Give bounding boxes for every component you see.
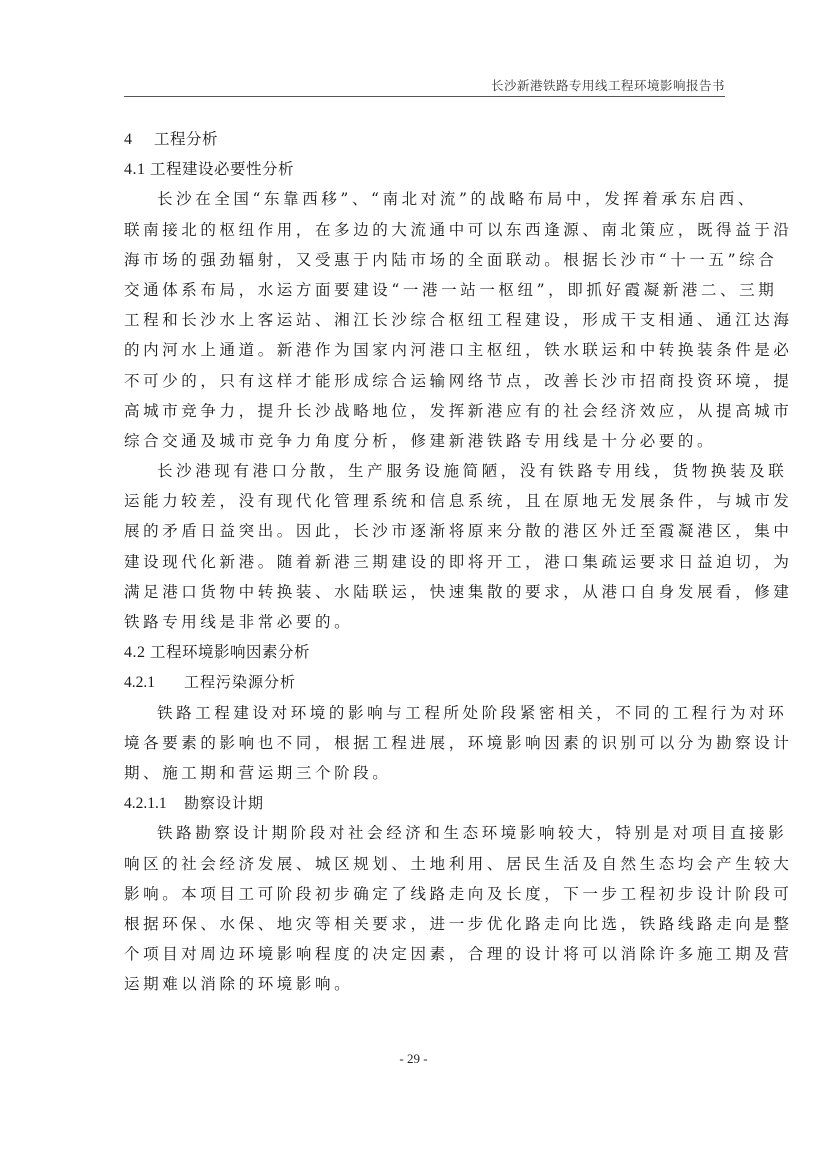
running-header: 长沙新港铁路专用线工程环境影响报告书	[124, 76, 725, 94]
paragraph-line: 个项目对周边环境影响程度的决定因素，合理的设计将可以消除许多施工期及营	[124, 939, 725, 969]
section-heading-4-2-1: 4.2.1工程污染源分析	[124, 667, 725, 697]
paragraph-line: 交通体系布局，水运方面要建设“一港一站一枢纽”，即抓好霞凝新港二、三期	[124, 275, 725, 305]
section-number: 4.1	[124, 155, 150, 185]
document-page: 长沙新港铁路专用线工程环境影响报告书 4工程分析 4.1工程建设必要性分析 长沙…	[0, 0, 827, 1169]
paragraph-line: 联南接北的枢纽作用，在多边的大流通中可以东西逢源、南北策应，既得益于沿	[124, 215, 725, 245]
paragraph-line: 长沙在全国“东靠西移”、“南北对流”的战略布局中，发挥着承东启西、	[124, 184, 725, 214]
paragraph-line: 影响。本项目工可阶段初步确定了线路走向及长度，下一步工程初步设计阶段可	[124, 879, 725, 909]
paragraph-line: 期、施工期和营运期三个阶段。	[124, 758, 725, 788]
paragraph-line: 满足港口货物中转换装、水陆联运，快速集散的要求，从港口自身发展看，修建	[124, 577, 725, 607]
header-rule	[124, 96, 725, 97]
paragraph-line: 建设现代化新港。随着新港三期建设的即将开工，港口集疏运要求日益迫切，为	[124, 547, 725, 577]
section-title: 工程污染源分析	[184, 673, 296, 691]
paragraph-line: 铁路专用线是非常必要的。	[124, 607, 725, 637]
paragraph-line: 高城市竞争力，提升长沙战略地位，发挥新港应有的社会经济效应，从提高城市	[124, 396, 725, 426]
page-number: - 29 -	[0, 1051, 827, 1067]
paragraph-line: 铁路工程建设对环境的影响与工程所处阶段紧密相关，不同的工程行为对环	[124, 698, 725, 728]
section-number: 4.2	[124, 638, 150, 668]
paragraph-line: 海市场的强劲辐射，又受惠于内陆市场的全面联动。根据长沙市“十一五”综合	[124, 245, 725, 275]
section-heading-4: 4工程分析	[124, 124, 725, 154]
paragraph-line: 响区的社会经济发展、城区规划、土地利用、居民生活及自然生态均会产生较大	[124, 849, 725, 879]
section-title: 工程分析	[154, 130, 218, 148]
section-heading-4-1: 4.1工程建设必要性分析	[124, 154, 725, 184]
paragraph-line: 根据环保、水保、地灾等相关要求，进一步优化路走向比选，铁路线路走向是整	[124, 909, 725, 939]
paragraph: 铁路工程建设对环境的影响与工程所处阶段紧密相关，不同的工程行为对环 境各要素的影…	[124, 698, 725, 789]
paragraph-line: 境各要素的影响也不同，根据工程进展，环境影响因素的识别可以分为勘察设计	[124, 728, 725, 758]
section-title: 工程环境影响因素分析	[150, 643, 310, 661]
paragraph-line: 铁路勘察设计期阶段对社会经济和生态环境影响较大，特别是对项目直接影	[124, 818, 725, 848]
paragraph-line: 运期难以消除的环境影响。	[124, 969, 725, 999]
paragraph: 铁路勘察设计期阶段对社会经济和生态环境影响较大，特别是对项目直接影 响区的社会经…	[124, 818, 725, 999]
paragraph: 长沙在全国“东靠西移”、“南北对流”的战略布局中，发挥着承东启西、 联南接北的枢…	[124, 184, 725, 456]
section-number: 4	[124, 125, 154, 155]
paragraph: 长沙港现有港口分散，生产服务设施简陋，没有铁路专用线，货物换装及联 运能力较差，…	[124, 456, 725, 637]
section-heading-4-2: 4.2工程环境影响因素分析	[124, 637, 725, 667]
section-title: 工程建设必要性分析	[150, 160, 294, 178]
section-title: 勘察设计期	[184, 794, 264, 812]
paragraph-line: 综合交通及城市竞争力角度分析，修建新港铁路专用线是十分必要的。	[124, 426, 725, 456]
paragraph-line: 的内河水上通道。新港作为国家内河港口主枢纽，铁水联运和中转换装条件是必	[124, 335, 725, 365]
section-number: 4.2.1.1	[124, 789, 184, 819]
section-heading-4-2-1-1: 4.2.1.1勘察设计期	[124, 788, 725, 818]
paragraph-line: 长沙港现有港口分散，生产服务设施简陋，没有铁路专用线，货物换装及联	[124, 456, 725, 486]
section-number: 4.2.1	[124, 668, 184, 698]
paragraph-line: 展的矛盾日益突出。因此，长沙市逐渐将原来分散的港区外迁至霞凝港区，集中	[124, 516, 725, 546]
document-body: 4工程分析 4.1工程建设必要性分析 长沙在全国“东靠西移”、“南北对流”的战略…	[124, 124, 725, 999]
paragraph-line: 不可少的，只有这样才能形成综合运输网络节点，改善长沙市招商投资环境，提	[124, 366, 725, 396]
paragraph-line: 工程和长沙水上客运站、湘江长沙综合枢纽工程建设，形成干支相通、通江达海	[124, 305, 725, 335]
paragraph-line: 运能力较差，没有现代化管理系统和信息系统，且在原地无发展条件，与城市发	[124, 486, 725, 516]
